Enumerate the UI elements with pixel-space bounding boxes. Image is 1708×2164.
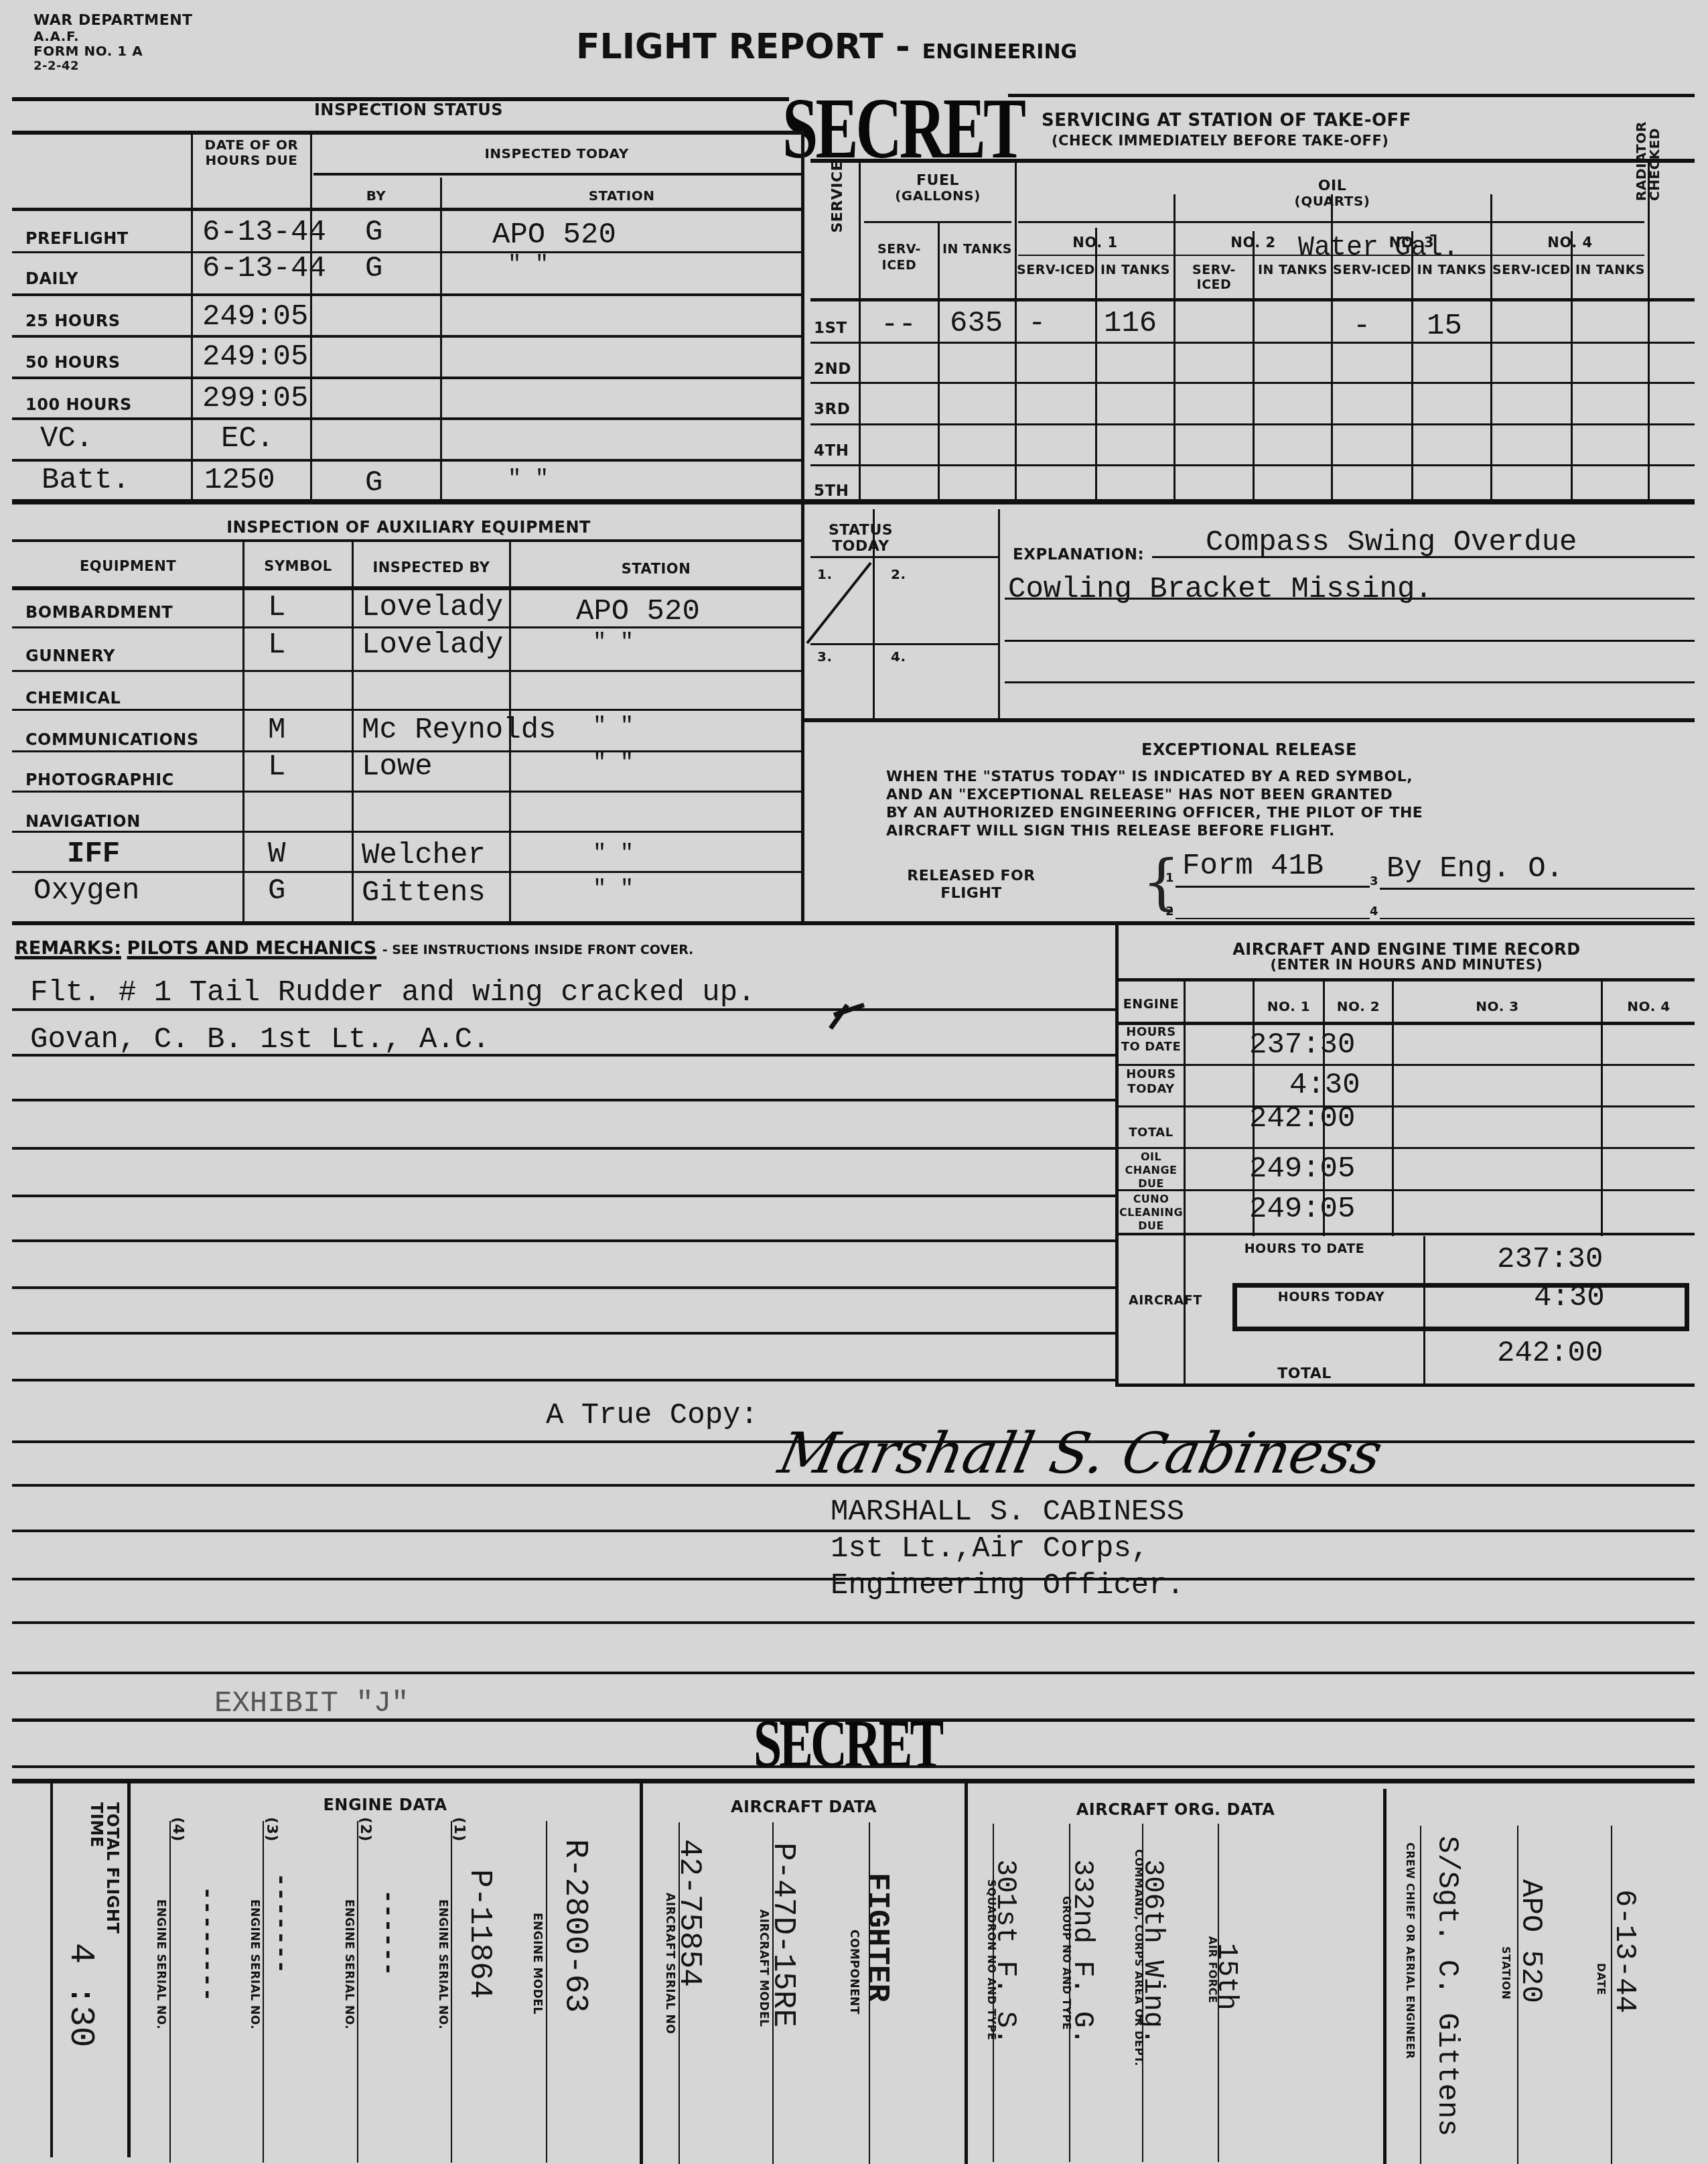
engine-2-serial: ------: [374, 1889, 402, 1976]
col-engine-3: NO. 3: [1394, 998, 1601, 1014]
fuel-units: (GALLONS): [861, 188, 1015, 204]
by-value: G: [365, 466, 382, 500]
oil-units: (QUARTS): [1017, 193, 1648, 209]
col-station: STATION: [442, 188, 801, 204]
col-symbol: SYMBOL: [244, 558, 352, 574]
symbol-value: W: [268, 837, 285, 871]
group-label: GROUP NO AND TYPE: [1060, 1896, 1073, 2030]
row-label: PREFLIGHT: [25, 229, 129, 248]
oil-serviced-header: SERV-ICED: [1492, 263, 1571, 277]
oil-1-serviced-value: -: [1028, 307, 1046, 340]
oil-serviced-header: SERV-ICED: [1176, 263, 1253, 292]
row-label: VC.: [40, 422, 93, 456]
component-label: COMPONENT: [847, 1930, 861, 2015]
row-total: TOTAL: [1119, 1126, 1184, 1140]
oil-serviced-header: SERV-ICED: [1017, 263, 1095, 277]
col-engine-2: NO. 2: [1325, 998, 1392, 1014]
aux-row-navigation: NAVIGATION: [25, 812, 141, 831]
col-engine-1: NO. 1: [1255, 998, 1323, 1014]
engine-1-hours-today: 4:30: [1289, 1069, 1360, 1102]
equipment-label: COMMUNICATIONS: [25, 730, 199, 749]
col-service: SERVICE: [829, 186, 846, 233]
oil-header: OIL: [1017, 178, 1648, 194]
inspected-by-value: Welcher: [362, 839, 486, 872]
oil-engine-1: NO. 1: [1017, 234, 1173, 251]
equipment-label: BOMBARDMENT: [25, 603, 173, 622]
row-hours-to-date: HOURS TO DATE: [1119, 1025, 1184, 1055]
exceptional-release-title: EXCEPTIONAL RELEASE: [804, 740, 1695, 759]
fuel-in-tanks-header: IN TANKS: [940, 241, 1015, 257]
due-value: EC.: [221, 422, 274, 456]
row-hours-today: HOURS TODAY: [1119, 1067, 1184, 1097]
engine-1-hours-to-date: 237:30: [1249, 1028, 1355, 1062]
fuel-serviced-header: SERV-ICED: [861, 241, 938, 273]
station-value: " ": [508, 252, 549, 277]
remarks-label: REMARKS:: [15, 938, 121, 959]
by-value: G: [365, 252, 382, 285]
station-value: " ": [508, 466, 549, 492]
station-value: " ": [593, 714, 634, 739]
row-label: DAILY: [25, 269, 78, 288]
check-mark-icon: [827, 992, 867, 1032]
symbol-value: L: [268, 750, 285, 784]
remarks-instructions: - SEE INSTRUCTIONS INSIDE FRONT COVER.: [382, 943, 694, 957]
station-value: " ": [593, 876, 634, 902]
inspection-status-title: INSPECTION STATUS: [13, 100, 804, 119]
servicing-row-5th: 5TH: [814, 482, 849, 500]
branch: A.A.F.: [33, 28, 79, 44]
row-label: 50 HOURS: [25, 353, 121, 372]
title-subtitle: ENGINEERING: [922, 40, 1077, 64]
brace-icon: {: [1142, 852, 1180, 912]
date-label: DATE: [1595, 1963, 1608, 1995]
title-separator: -: [896, 27, 910, 67]
signature: Marshall S. Cabiness: [774, 1420, 1389, 1486]
inspected-by-value: Gittens: [362, 876, 486, 910]
status-cell-3: 3.: [817, 649, 833, 665]
col-engine-4: NO. 4: [1603, 998, 1695, 1014]
department: WAR DEPARTMENT: [33, 12, 193, 29]
release-line-number: 4: [1370, 904, 1378, 919]
col-equipment: EQUIPMENT: [13, 558, 242, 574]
row-cuno-cleaning-due: CUNO CLEANING DUE: [1119, 1193, 1184, 1233]
air-force-label: AIR FORCE: [1206, 1936, 1219, 2003]
station-value: APO 520: [492, 218, 616, 252]
engine-model-value: R-2800-63: [557, 1839, 593, 2013]
inspected-by-value: Lovelady: [362, 628, 503, 662]
total-flight-time-label: TOTAL FLIGHT TIME: [88, 1802, 121, 1936]
release-text-line: AND AN "EXCEPTIONAL RELEASE" HAS NOT BEE…: [886, 787, 1393, 803]
aux-row-chemical: CHEMICAL: [25, 689, 121, 707]
status-cell-4: 4.: [891, 649, 906, 665]
crew-chief-value: S/Sgt. C. Gittens: [1430, 1836, 1464, 2137]
inspected-by-value: Mc Reynolds: [362, 714, 556, 747]
engine-1-serial-label: ENGINE SERIAL NO.: [436, 1899, 449, 2029]
engine-3-serial-label: ENGINE SERIAL NO.: [248, 1899, 261, 2029]
equipment-label: GUNNERY: [25, 647, 115, 665]
aircraft-data-title: AIRCRAFT DATA: [643, 1798, 965, 1816]
station-value: " ": [593, 841, 634, 866]
explanation-line-2: Cowling Bracket Missing.: [1008, 573, 1433, 606]
time-record-title: AIRCRAFT AND ENGINE TIME RECORD: [1119, 940, 1695, 959]
date-value: 6-13-44: [1608, 1889, 1641, 2013]
aircraft-model-label: AIRCRAFT MODEL: [757, 1909, 770, 2027]
oil-3-in-tanks-value: 15: [1427, 310, 1462, 343]
status-today-title: STATUS TODAY: [810, 523, 911, 555]
inspected-by-value: Lovelady: [362, 591, 503, 624]
col-radiator-checked: RADIATOR CHECKED: [1634, 114, 1661, 201]
symbol-value: M: [268, 714, 285, 747]
officer-name: MARSHALL S. CABINESS: [831, 1495, 1184, 1529]
station-value: " ": [593, 630, 634, 655]
row-label: 25 HOURS: [25, 312, 121, 330]
by-value: G: [365, 216, 382, 249]
equipment-label: IFF: [67, 837, 120, 871]
equipment-label: PHOTOGRAPHIC: [25, 770, 174, 789]
release-line-3: By Eng. O.: [1386, 852, 1563, 886]
col-date-due: DATE OF OR HOURS DUE: [193, 137, 310, 168]
oil-in-tanks-header: IN TANKS: [1413, 263, 1490, 277]
explanation-label: EXPLANATION:: [1013, 546, 1144, 563]
squadron-label: SQUADRON NO AND TYPE: [985, 1879, 998, 2041]
oil-1-in-tanks-value: 116: [1104, 307, 1157, 340]
servicing-title: SERVICING AT STATION OF TAKE-OFF: [1042, 111, 1411, 131]
engine-1-serial: P-11864: [462, 1869, 497, 1999]
due-value: 299:05: [202, 382, 308, 415]
form-date: 2-2-42: [33, 59, 79, 73]
oil-in-tanks-header: IN TANKS: [1255, 263, 1331, 277]
due-value: 6-13-44: [202, 216, 326, 249]
aircraft-hours-to-date-label: HOURS TO DATE: [1186, 1241, 1423, 1257]
engine-2-number: (2): [357, 1817, 374, 1842]
aircraft-serial-value: 42-75854: [672, 1839, 707, 1987]
aircraft-model-value: P-47D-15RE: [766, 1842, 800, 2027]
total-flight-time-value: 4 :30: [61, 1943, 100, 2047]
released-for-flight-label: RELEASED FOR FLIGHT: [877, 868, 1065, 902]
fuel-serviced-value: --: [881, 308, 916, 342]
command-label: COMMAND, CORPS AREA OR DEPT.: [1133, 1849, 1145, 2066]
crew-chief-label: CREW CHIEF OR AERIAL ENGINEER: [1404, 1842, 1417, 2059]
component-value: FIGHTER: [859, 1873, 894, 2002]
status-cell-2: 2.: [891, 566, 906, 582]
equipment-label: Oxygen: [33, 874, 139, 908]
form-number: FORM NO. 1 A: [33, 43, 143, 59]
explanation-line-1: Compass Swing Overdue: [1206, 526, 1577, 559]
oil-in-tanks-header: IN TANKS: [1573, 263, 1648, 277]
symbol-value: G: [268, 874, 285, 908]
secret-stamp-top: SECRET: [782, 78, 1023, 178]
exhibit-label: EXHIBIT "J": [214, 1687, 409, 1720]
remark-line-2: Govan, C. B. 1st Lt., A.C.: [30, 1023, 490, 1057]
aircraft-hours-today-label: HOURS TODAY: [1239, 1290, 1423, 1305]
symbol-value: L: [268, 628, 285, 662]
secret-stamp-bottom: SECRET: [754, 1705, 941, 1783]
release-text-line: AIRCRAFT WILL SIGN THIS RELEASE BEFORE F…: [886, 823, 1335, 839]
row-label: 1ST: [814, 320, 847, 337]
col-inspected-today: INSPECTED TODAY: [312, 145, 801, 161]
station-value: APO 520: [1514, 1879, 1547, 2003]
inspected-by-value: Lowe: [362, 750, 433, 784]
page-title: FLIGHT REPORT - ENGINEERING: [576, 27, 1077, 67]
aircraft-hours-to-date: 237:30: [1497, 1243, 1603, 1276]
servicing-subtitle: (CHECK IMMEDIATELY BEFORE TAKE-OFF): [1052, 133, 1389, 149]
fuel-header: FUEL: [861, 172, 1015, 189]
remark-line-1: Flt. # 1 Tail Rudder and wing cracked up…: [30, 976, 756, 1010]
station-value: APO 520: [576, 595, 700, 628]
oil-serviced-header: SERV-ICED: [1333, 263, 1411, 277]
release-line-number: 2: [1165, 904, 1174, 919]
aircraft-total-label: TOTAL: [1186, 1365, 1423, 1382]
aircraft-hours-today: 4:30: [1534, 1281, 1605, 1314]
due-value: 249:05: [202, 340, 308, 374]
fuel-in-tanks-value: 635: [950, 307, 1003, 340]
oil-engine-4: NO. 4: [1492, 234, 1648, 251]
col-station: STATION: [511, 561, 801, 577]
engine-1-number: (1): [451, 1817, 468, 1842]
true-copy-label: A True Copy:: [546, 1399, 758, 1432]
row-oil-change-due: OIL CHANGE DUE: [1119, 1150, 1184, 1191]
row-label: 100 HOURS: [25, 395, 132, 414]
title-text: FLIGHT REPORT: [576, 27, 883, 67]
engine-1-oil-change-due: 249:05: [1249, 1152, 1355, 1186]
engine-model-label: ENGINE MODEL: [530, 1913, 544, 2015]
status-diagonal-symbol-icon: [804, 559, 877, 647]
release-text-line: BY AN AUTHORIZED ENGINEERING OFFICER, TH…: [886, 805, 1423, 821]
release-line-1: Form 41B: [1182, 850, 1324, 883]
release-line-number: 1: [1165, 871, 1174, 885]
station-label: STATION: [1500, 1946, 1512, 2000]
col-inspected-by: INSPECTED BY: [354, 559, 509, 576]
time-record-subtitle: (ENTER IN HOURS AND MINUTES): [1119, 957, 1695, 973]
servicing-row-3rd: 3RD: [814, 401, 850, 418]
engine-4-number: (4): [169, 1817, 186, 1842]
engine-3-serial: -------: [267, 1873, 295, 1974]
station-value: " ": [593, 750, 634, 776]
water-gal-annotation: Water Gal.: [1298, 233, 1459, 263]
col-engine: ENGINE: [1119, 997, 1184, 1012]
row-label: Batt.: [42, 464, 130, 497]
officer-rank: 1st Lt.,Air Corps,: [831, 1532, 1149, 1566]
aircraft-label: AIRCRAFT: [1129, 1293, 1202, 1308]
officer-title: Engineering Officer.: [831, 1569, 1184, 1603]
release-text-line: WHEN THE "STATUS TODAY" IS INDICATED BY …: [886, 768, 1413, 785]
release-line-number: 3: [1370, 874, 1378, 888]
due-value: 1250: [204, 464, 275, 497]
org-data-title: AIRCRAFT ORG. DATA: [968, 1800, 1383, 1819]
engine-1-total: 242:00: [1249, 1102, 1355, 1136]
engine-2-serial-label: ENGINE SERIAL NO.: [342, 1899, 356, 2029]
remarks-header: REMARKS: PILOTS AND MECHANICS - SEE INST…: [15, 938, 693, 959]
aircraft-serial-label: AIRCRAFT SERIAL NO: [663, 1893, 677, 2034]
symbol-value: L: [268, 591, 285, 624]
engine-1-cuno-cleaning-due: 249:05: [1249, 1193, 1355, 1226]
remarks-sublabel: PILOTS AND MECHANICS: [127, 938, 377, 959]
engine-4-serial-label: ENGINE SERIAL NO.: [154, 1899, 167, 2029]
oil-in-tanks-header: IN TANKS: [1097, 263, 1173, 277]
aircraft-total: 242:00: [1497, 1337, 1603, 1370]
due-value: 6-13-44: [202, 252, 326, 285]
servicing-row-2nd: 2ND: [814, 360, 851, 378]
aux-title: INSPECTION OF AUXILIARY EQUIPMENT: [13, 518, 804, 537]
due-value: 249:05: [202, 300, 308, 334]
oil-3-serviced-value: -: [1353, 310, 1370, 343]
col-by: BY: [312, 188, 440, 204]
engine-data-title: ENGINE DATA: [131, 1796, 640, 1814]
engine-4-serial: --------: [194, 1886, 221, 2002]
engine-3-number: (3): [263, 1817, 280, 1842]
servicing-row-4th: 4TH: [814, 442, 849, 460]
